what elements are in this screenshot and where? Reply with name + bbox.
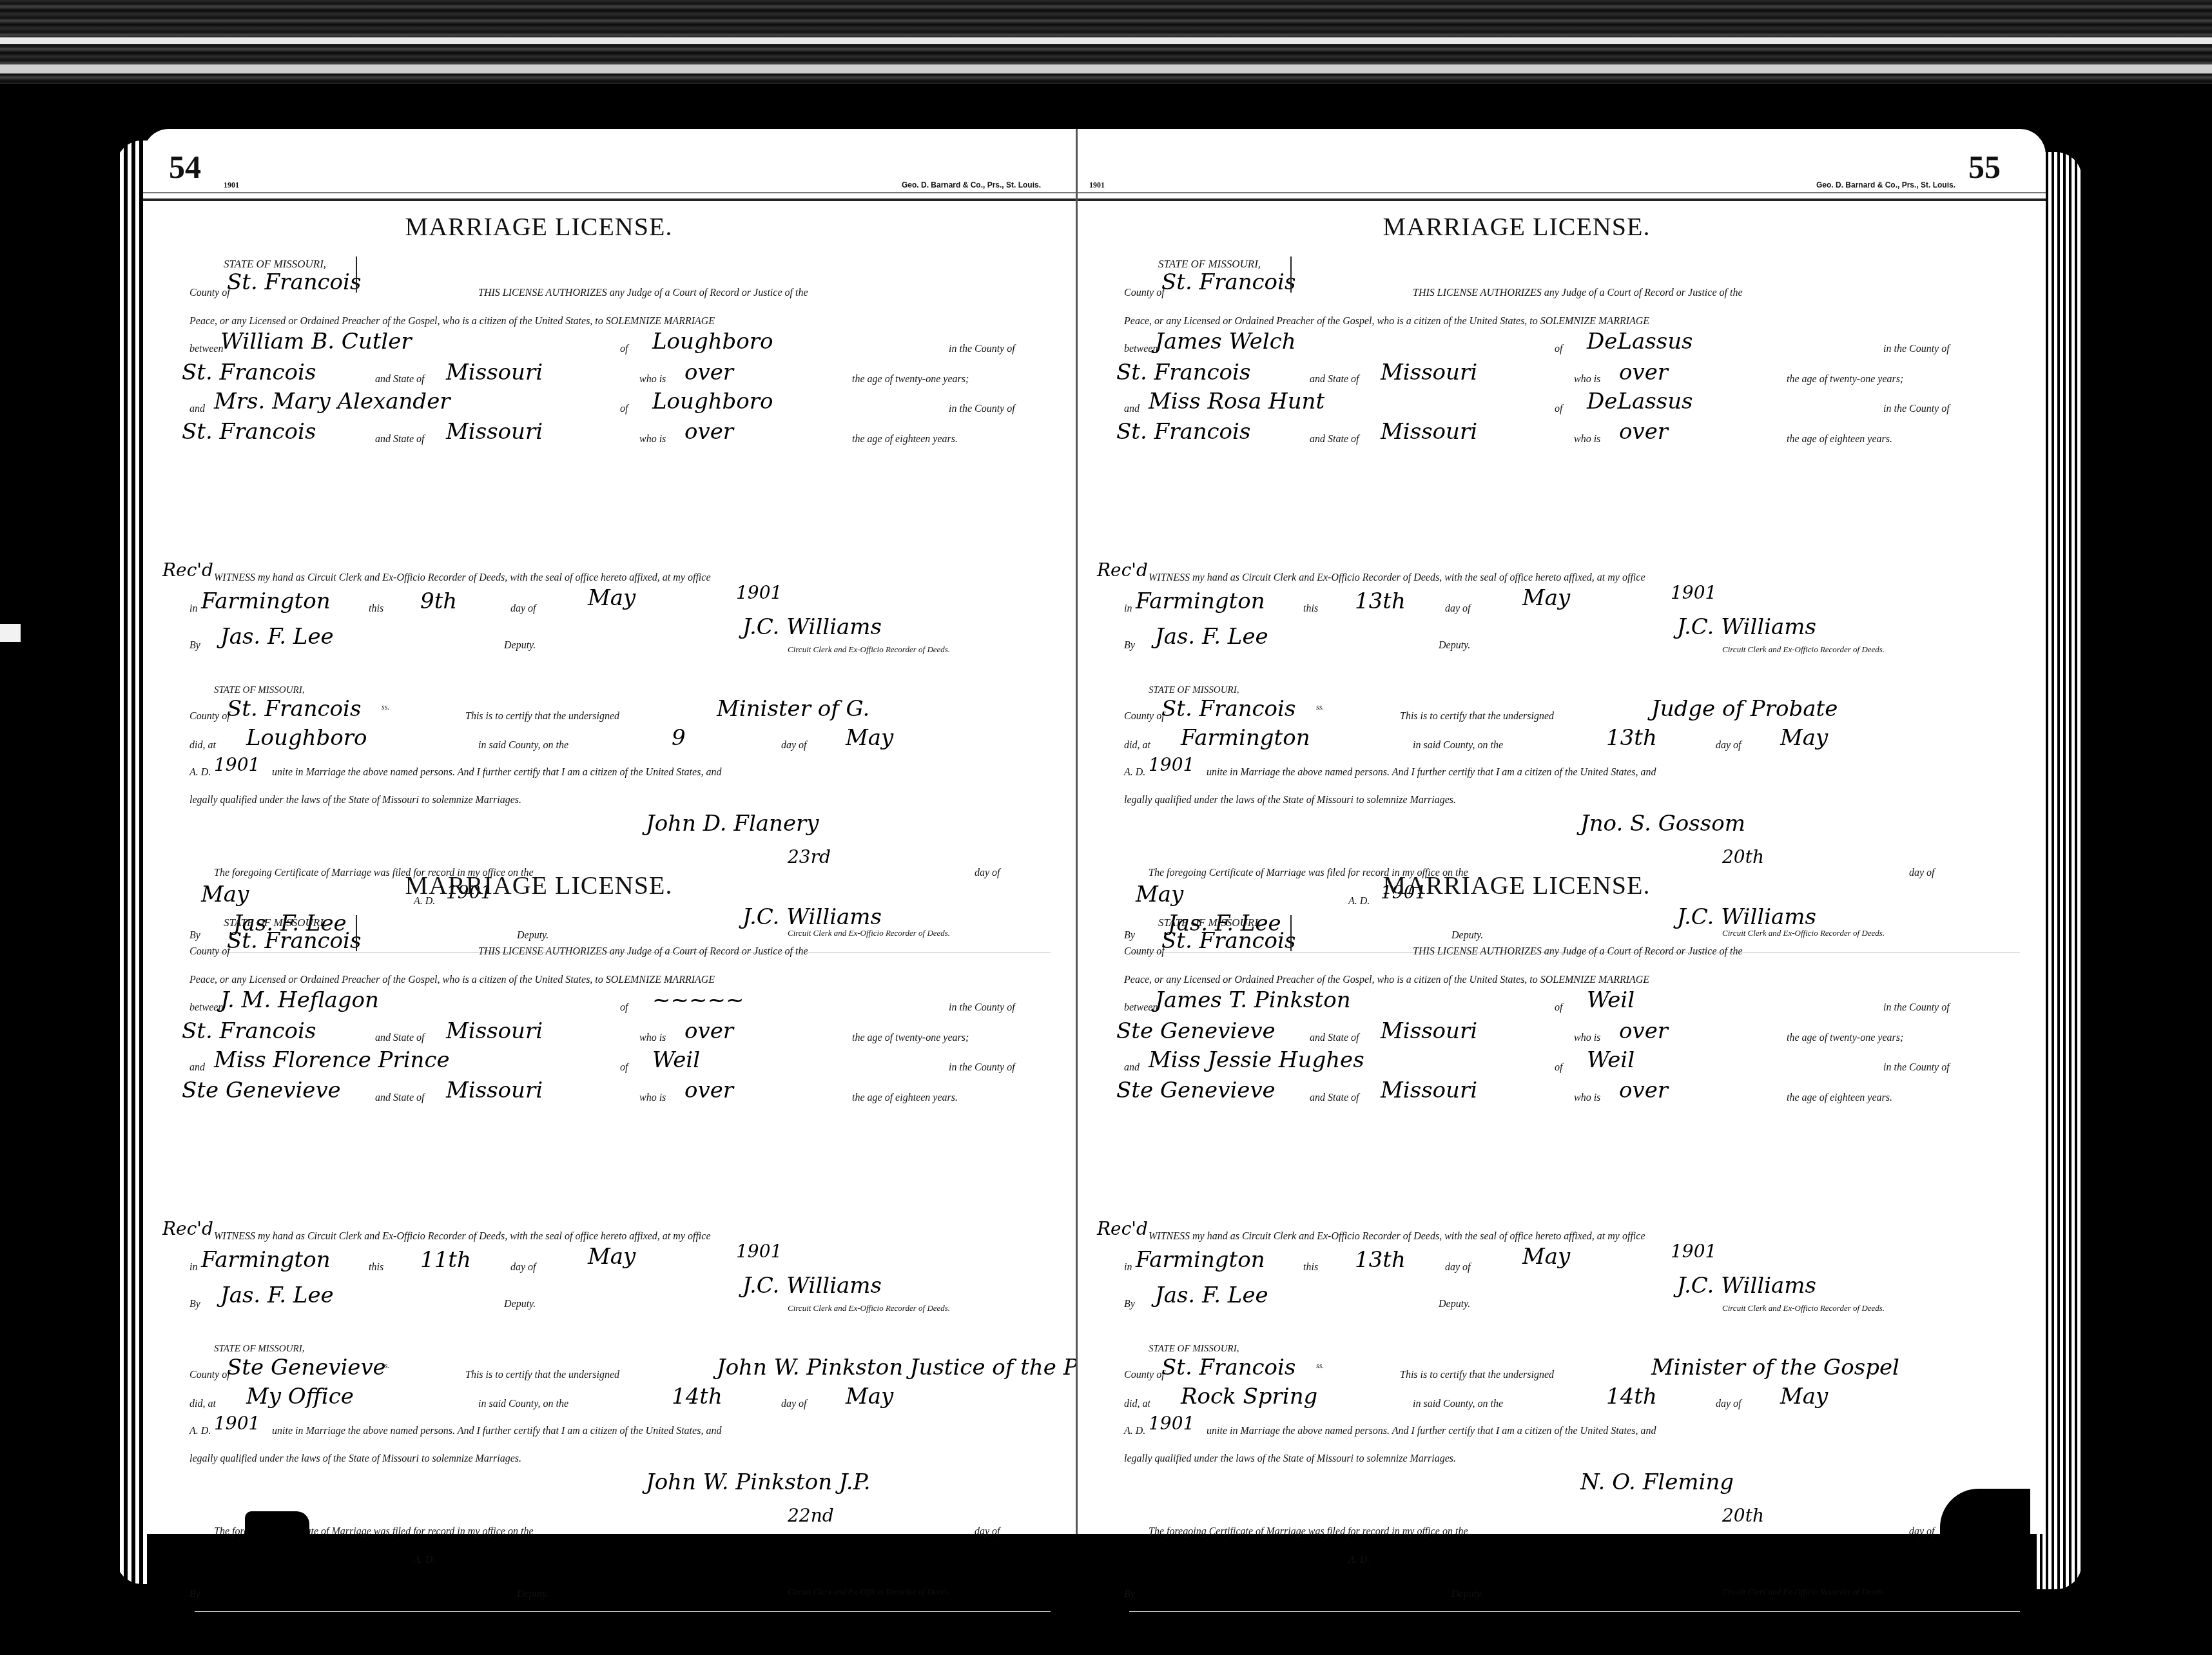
did-at-label: did, at [189,740,216,751]
officiant-title: Judge of Probate [1651,696,1838,722]
filed-day: 20th [1722,1505,1764,1526]
of-label: of [1555,1062,1562,1074]
clerk-title: Circuit Clerk and Ex-Officio Recorder of… [1722,1303,1885,1313]
and-state-of-label: and State of [1310,1092,1359,1104]
cert-county: Ste Genevieve [227,1355,386,1380]
bride-age: over [1619,419,1668,445]
ad-label: A. D. [1348,1554,1370,1566]
in-said-county-label: in said County, on the [1413,1399,1503,1410]
by-label: By [189,1589,200,1600]
cert-place: Loughboro [246,725,367,751]
brace [356,915,357,951]
bride-residence: Weil [652,1047,700,1073]
in-label: in [1124,1262,1132,1273]
ss-label: ss. [1316,702,1324,712]
this-label: this [1303,603,1318,615]
groom-name: James T. Pinkston [1155,987,1351,1013]
filed-day: 20th [1722,846,1764,867]
legal-text: legally qualified under the laws of the … [1124,795,1456,806]
clerk-signature: J.C. Williams [1677,614,1816,640]
certify-text: This is to certify that the undersigned [465,1369,619,1381]
officiant-title: John W. Pinkston Justice of the Peace [717,1355,1129,1380]
bride-age: over [1619,1078,1668,1103]
unite-text: unite in Marriage the above named person… [272,1426,721,1437]
deputy-signature: Jas. F. Lee [220,1282,334,1308]
scanner-bands [0,0,2212,84]
bride-state: Missouri [1381,1078,1477,1103]
license-county: St. Francois [1161,928,1295,954]
this-label: this [369,603,383,615]
groom-residence: DeLassus [1587,329,1693,354]
day-of-label: day of [1716,740,1741,751]
groom-county: Ste Genevieve [1116,1018,1276,1044]
filed-month: May [1136,1540,1183,1566]
deputy-label: Deputy. [1439,1299,1470,1310]
ad-label: A. D. [189,767,211,779]
by-label: By [1124,1589,1135,1600]
in-said-county-label: in said County, on the [478,1399,568,1410]
day-of-label: day of [510,1262,536,1273]
preacher-text: Peace, or any Licensed or Ordained Preac… [189,316,715,327]
cert-day: 9 [672,725,686,751]
bride-name: Mrs. Mary Alexander [214,389,451,414]
officiant-title: Minister of G. [717,696,869,722]
section-divider [1129,1611,2020,1612]
officiant-signature: Jno. S. Gossom [1580,811,1745,837]
filed-year: 1901 [1381,1540,1426,1562]
clerk-title: Circuit Clerk and Ex-Officio Recorder of… [1722,928,1885,938]
groom-state: Missouri [1381,360,1477,385]
license-title: MARRIAGE LICENSE. [72,211,1005,242]
clerk-signature: J.C. Williams [742,1273,882,1299]
bride-residence: Weil [1587,1047,1635,1073]
county-prefix: County of [189,711,230,722]
cert-county: St. Francois [1161,696,1295,722]
section-divider [195,1611,1051,1612]
groom-name: William B. Cutler [220,329,412,354]
ss-label: ss. [382,702,389,712]
in-said-county-label: in said County, on the [1413,740,1503,751]
bride-county: Ste Genevieve [182,1078,341,1103]
county-prefix: County of [189,287,230,299]
day-of-label: day of [1909,1526,1935,1538]
groom-name: James Welch [1155,329,1296,354]
witness-place: Farmington [1136,588,1265,614]
witness-day: 11th [420,1247,471,1273]
of-label: of [1555,1002,1562,1014]
of-label: of [1555,403,1562,415]
bride-state: Missouri [1381,419,1477,445]
who-is-label: who is [1574,1032,1600,1044]
who-is-label: who is [1574,374,1600,385]
age18-text: the age of eighteen years. [1787,434,1892,445]
groom-state: Missouri [1381,1018,1477,1044]
witness-day: 13th [1355,1247,1406,1273]
filed-day: 23rd [788,846,831,867]
margin-note: Rec'd [162,1218,213,1239]
by-label: By [189,1299,200,1310]
certify-text: This is to certify that the undersigned [1400,1369,1554,1381]
page-55: 55 1901 Geo. D. Barnard & Co., Prs., St.… [1078,129,2046,1534]
page-number: 54 [169,148,201,186]
cert-year: 1901 [214,754,260,775]
clerk-title: Circuit Clerk and Ex-Officio Recorder of… [1722,644,1885,655]
cert-month: May [846,725,893,751]
and-state-of-label: and State of [375,434,424,445]
bride-name: Miss Rosa Hunt [1149,389,1324,414]
officiant-title: Minister of the Gospel [1651,1355,1899,1380]
cert-month: May [846,1384,893,1409]
margin-note: Rec'd [1097,1218,1148,1239]
did-at-label: did, at [189,1399,216,1410]
state-label: STATE OF MISSOURI, [224,916,326,929]
filed-day: 22nd [788,1505,834,1526]
of-label: of [620,403,628,415]
of-label: of [620,1002,628,1014]
officiant-signature: John D. Flanery [646,811,819,837]
between-label: between [1124,1002,1158,1014]
deputy-label: Deputy. [504,1299,536,1310]
in-county-of-label: in the County of [949,403,1015,415]
cert-month: May [1780,725,1828,751]
clerk-title: Circuit Clerk and Ex-Officio Recorder of… [788,1587,950,1597]
between-label: between [189,344,223,355]
by-label: By [1124,930,1135,942]
in-label: in [189,603,197,615]
in-county-of-label: in the County of [1883,1002,1950,1014]
of-label: of [620,344,628,355]
deputy-label: Deputy. [517,930,548,942]
groom-state: Missouri [446,360,543,385]
deputy-signature: Jas. F. Lee [220,624,334,650]
authorizes-text: THIS LICENSE AUTHORIZES any Judge of a C… [478,946,808,958]
filed-year: 1901 [446,1540,492,1562]
did-at-label: did, at [1124,1399,1150,1410]
county-prefix: County of [189,946,230,958]
groom-county: St. Francois [1116,360,1250,385]
cert-year: 1901 [1149,1413,1194,1434]
page-clip-left [245,1511,309,1582]
witness-month: May [588,585,635,611]
cert-state-label: STATE OF MISSOURI, [214,685,304,696]
header-rule [1078,192,2046,201]
who-is-label: who is [639,434,666,445]
groom-state: Missouri [446,1018,543,1044]
groom-residence: ~~~~~ [652,987,744,1013]
license-county: St. Francois [227,269,361,295]
deputy-label: Deputy. [517,1589,548,1600]
ss-label: ss. [1316,1361,1324,1371]
header-rule [143,192,1076,201]
who-is-label: who is [639,1032,666,1044]
margin-note: Rec'd [162,559,213,581]
bride-residence: Loughboro [652,389,773,414]
witness-month: May [1522,585,1570,611]
deputy-label: Deputy. [504,640,536,652]
bride-county: St. Francois [1116,419,1250,445]
page-year-mark: 1901 [224,180,239,190]
cert-day: 14th [1606,1384,1657,1409]
legal-text: legally qualified under the laws of the … [189,795,521,806]
groom-residence: Weil [1587,987,1635,1013]
witness-text: WITNESS my hand as Circuit Clerk and Ex-… [214,1231,711,1243]
day-of-label: day of [1445,1262,1471,1273]
who-is-label: who is [639,1092,666,1104]
cert-state-label: STATE OF MISSOURI, [1149,1344,1239,1355]
witness-month: May [588,1244,635,1270]
witness-place: Farmington [201,1247,331,1273]
witness-year: 1901 [1671,1241,1716,1262]
witness-year: 1901 [736,582,782,603]
groom-age: over [684,1018,733,1044]
state-label: STATE OF MISSOURI, [1158,916,1261,929]
between-label: between [1124,344,1158,355]
did-at-label: did, at [1124,740,1150,751]
witness-text: WITNESS my hand as Circuit Clerk and Ex-… [214,572,711,584]
groom-residence: Loughboro [652,329,773,354]
and-label: and [189,1062,205,1074]
cert-place: My Office [246,1384,354,1409]
day-of-label: day of [510,603,536,615]
license-county: St. Francois [227,928,361,954]
age18-text: the age of eighteen years. [852,1092,958,1104]
cert-day: 14th [672,1384,723,1409]
day-of-label: day of [781,740,807,751]
who-is-label: who is [639,374,666,385]
who-is-label: who is [1574,434,1600,445]
filed-deputy-signature: Jas. F. Lee [1168,1569,1281,1595]
authorizes-text: THIS LICENSE AUTHORIZES any Judge of a C… [1413,946,1743,958]
bride-age: over [684,419,733,445]
in-said-county-label: in said County, on the [478,740,568,751]
clerk-title: Circuit Clerk and Ex-Officio Recorder of… [788,644,950,655]
in-county-of-label: in the County of [949,1002,1015,1014]
age21-text: the age of twenty-one years; [1787,1032,1903,1044]
certify-text: This is to certify that the undersigned [1400,711,1554,722]
publisher-imprint: Geo. D. Barnard & Co., Prs., St. Louis. [1816,180,1955,189]
and-label: and [1124,403,1140,415]
between-label: between [189,1002,223,1014]
by-label: By [1124,640,1135,652]
county-prefix: County of [189,1369,230,1381]
unite-text: unite in Marriage the above named person… [1207,1426,1656,1437]
filed-clerk-signature: J.C. Williams [742,904,882,930]
preacher-text: Peace, or any Licensed or Ordained Preac… [1124,316,1649,327]
groom-age: over [1619,1018,1668,1044]
groom-county: St. Francois [182,360,316,385]
county-prefix: County of [1124,711,1165,722]
county-prefix: County of [1124,1369,1165,1381]
filed-text: The foregoing Certificate of Marriage wa… [1149,1526,1468,1538]
in-county-of-label: in the County of [949,344,1015,355]
filed-clerk-signature: J.C. Williams [1677,1563,1816,1589]
deputy-signature: Jas. F. Lee [1155,624,1268,650]
preacher-text: Peace, or any Licensed or Ordained Preac… [1124,974,1649,986]
clerk-title: Circuit Clerk and Ex-Officio Recorder of… [1722,1587,1885,1597]
publisher-imprint: Geo. D. Barnard & Co., Prs., St. Louis. [902,180,1041,189]
deputy-signature: Jas. F. Lee [1155,1282,1268,1308]
deputy-label: Deputy. [1439,640,1470,652]
state-label: STATE OF MISSOURI, [1158,258,1261,271]
day-of-label: day of [975,1526,1000,1538]
county-prefix: County of [1124,946,1165,958]
witness-year: 1901 [1671,582,1716,603]
witness-month: May [1522,1244,1570,1270]
day-of-label: day of [781,1399,807,1410]
witness-place: Farmington [201,588,331,614]
cert-county: St. Francois [227,696,361,722]
in-county-of-label: in the County of [949,1062,1015,1074]
open-ledger-book: 54 1901 Geo. D. Barnard & Co., Prs., St.… [143,129,2046,1534]
bride-county: St. Francois [182,419,316,445]
groom-age: over [684,360,733,385]
and-state-of-label: and State of [375,374,424,385]
unite-text: unite in Marriage the above named person… [272,767,721,779]
county-prefix: County of [1124,287,1165,299]
unite-text: unite in Marriage the above named person… [1207,767,1656,779]
bride-state: Missouri [446,1078,543,1103]
groom-age: over [1619,360,1668,385]
legal-text: legally qualified under the laws of the … [189,1453,521,1465]
groom-name: J. M. Heflagon [220,987,379,1013]
ad-label: A. D. [1124,1426,1145,1437]
ad-label: A. D. [1124,767,1145,779]
of-label: of [1555,344,1562,355]
state-label: STATE OF MISSOURI, [224,258,326,271]
clerk-signature: J.C. Williams [742,614,882,640]
deputy-label: Deputy. [1451,1589,1483,1600]
cert-place: Rock Spring [1181,1384,1317,1409]
license-county: St. Francois [1161,269,1295,295]
of-label: of [620,1062,628,1074]
in-county-of-label: in the County of [1883,344,1950,355]
margin-note: Rec'd [1097,559,1148,581]
clerk-title: Circuit Clerk and Ex-Officio Recorder of… [788,928,950,938]
day-of-label: day of [1445,603,1471,615]
cert-month: May [1780,1384,1828,1409]
filed-month: May [201,1540,249,1566]
by-label: By [189,640,200,652]
bride-residence: DeLassus [1587,389,1693,414]
authorizes-text: THIS LICENSE AUTHORIZES any Judge of a C… [1413,287,1743,299]
officiant-signature: N. O. Fleming [1580,1469,1734,1495]
in-label: in [1124,603,1132,615]
and-state-of-label: and State of [1310,1032,1359,1044]
and-label: and [1124,1062,1140,1074]
in-county-of-label: in the County of [1883,403,1950,415]
bride-name: Miss Jessie Hughes [1149,1047,1364,1073]
cert-year: 1901 [214,1413,260,1434]
age21-text: the age of twenty-one years; [852,374,969,385]
age18-text: the age of eighteen years. [1787,1092,1892,1104]
clerk-title: Circuit Clerk and Ex-Officio Recorder of… [788,1303,950,1313]
ad-label: A. D. [189,1426,211,1437]
cert-state-label: STATE OF MISSOURI, [1149,685,1239,696]
this-label: this [369,1262,383,1273]
and-state-of-label: and State of [375,1032,424,1044]
bride-county: Ste Genevieve [1116,1078,1276,1103]
page-54: 54 1901 Geo. D. Barnard & Co., Prs., St.… [143,129,1076,1534]
cert-year: 1901 [1149,754,1194,775]
witness-place: Farmington [1136,1247,1265,1273]
witness-text: WITNESS my hand as Circuit Clerk and Ex-… [1149,572,1645,584]
and-state-of-label: and State of [1310,434,1359,445]
witness-year: 1901 [736,1241,782,1262]
authorizes-text: THIS LICENSE AUTHORIZES any Judge of a C… [478,287,808,299]
edge-tab-marker [0,624,21,642]
page-clip-right [1940,1489,2030,1585]
brace [1290,256,1292,293]
and-state-of-label: and State of [375,1092,424,1104]
witness-day: 13th [1355,588,1406,614]
witness-text: WITNESS my hand as Circuit Clerk and Ex-… [1149,1231,1645,1243]
page-number: 55 [1968,148,2001,186]
this-label: this [1303,1262,1318,1273]
legal-text: legally qualified under the laws of the … [1124,1453,1456,1465]
preacher-text: Peace, or any Licensed or Ordained Preac… [189,974,715,986]
filed-clerk-signature: J.C. Williams [742,1563,882,1589]
age18-text: the age of eighteen years. [852,434,958,445]
cert-state-label: STATE OF MISSOURI, [214,1344,304,1355]
bride-name: Miss Florence Prince [214,1047,450,1073]
brace [1290,915,1292,951]
bride-state: Missouri [446,419,543,445]
ad-label: A. D. [414,1554,435,1566]
who-is-label: who is [1574,1092,1600,1104]
in-label: in [189,1262,197,1273]
by-label: By [189,930,200,942]
groom-county: St. Francois [182,1018,316,1044]
age21-text: the age of twenty-one years; [1787,374,1903,385]
cert-place: Farmington [1181,725,1310,751]
officiant-signature: John W. Pinkston J.P. [646,1469,870,1495]
and-label: and [189,403,205,415]
in-county-of-label: in the County of [1883,1062,1950,1074]
cert-day: 13th [1606,725,1657,751]
and-state-of-label: and State of [1310,374,1359,385]
ss-label: ss. [382,1361,389,1371]
by-label: By [1124,1299,1135,1310]
license-title: MARRIAGE LICENSE. [72,870,1005,900]
license-title: MARRIAGE LICENSE. [1033,870,2001,900]
brace [356,256,357,293]
certify-text: This is to certify that the undersigned [465,711,619,722]
page-year-mark: 1901 [1089,180,1105,190]
witness-day: 9th [420,588,457,614]
age21-text: the age of twenty-one years; [852,1032,969,1044]
filed-clerk-signature: J.C. Williams [1677,904,1816,930]
cert-county: St. Francois [1161,1355,1295,1380]
day-of-label: day of [1716,1399,1741,1410]
clerk-signature: J.C. Williams [1677,1273,1816,1299]
deputy-label: Deputy. [1451,930,1483,942]
bride-age: over [684,1078,733,1103]
license-title: MARRIAGE LICENSE. [1033,211,2001,242]
